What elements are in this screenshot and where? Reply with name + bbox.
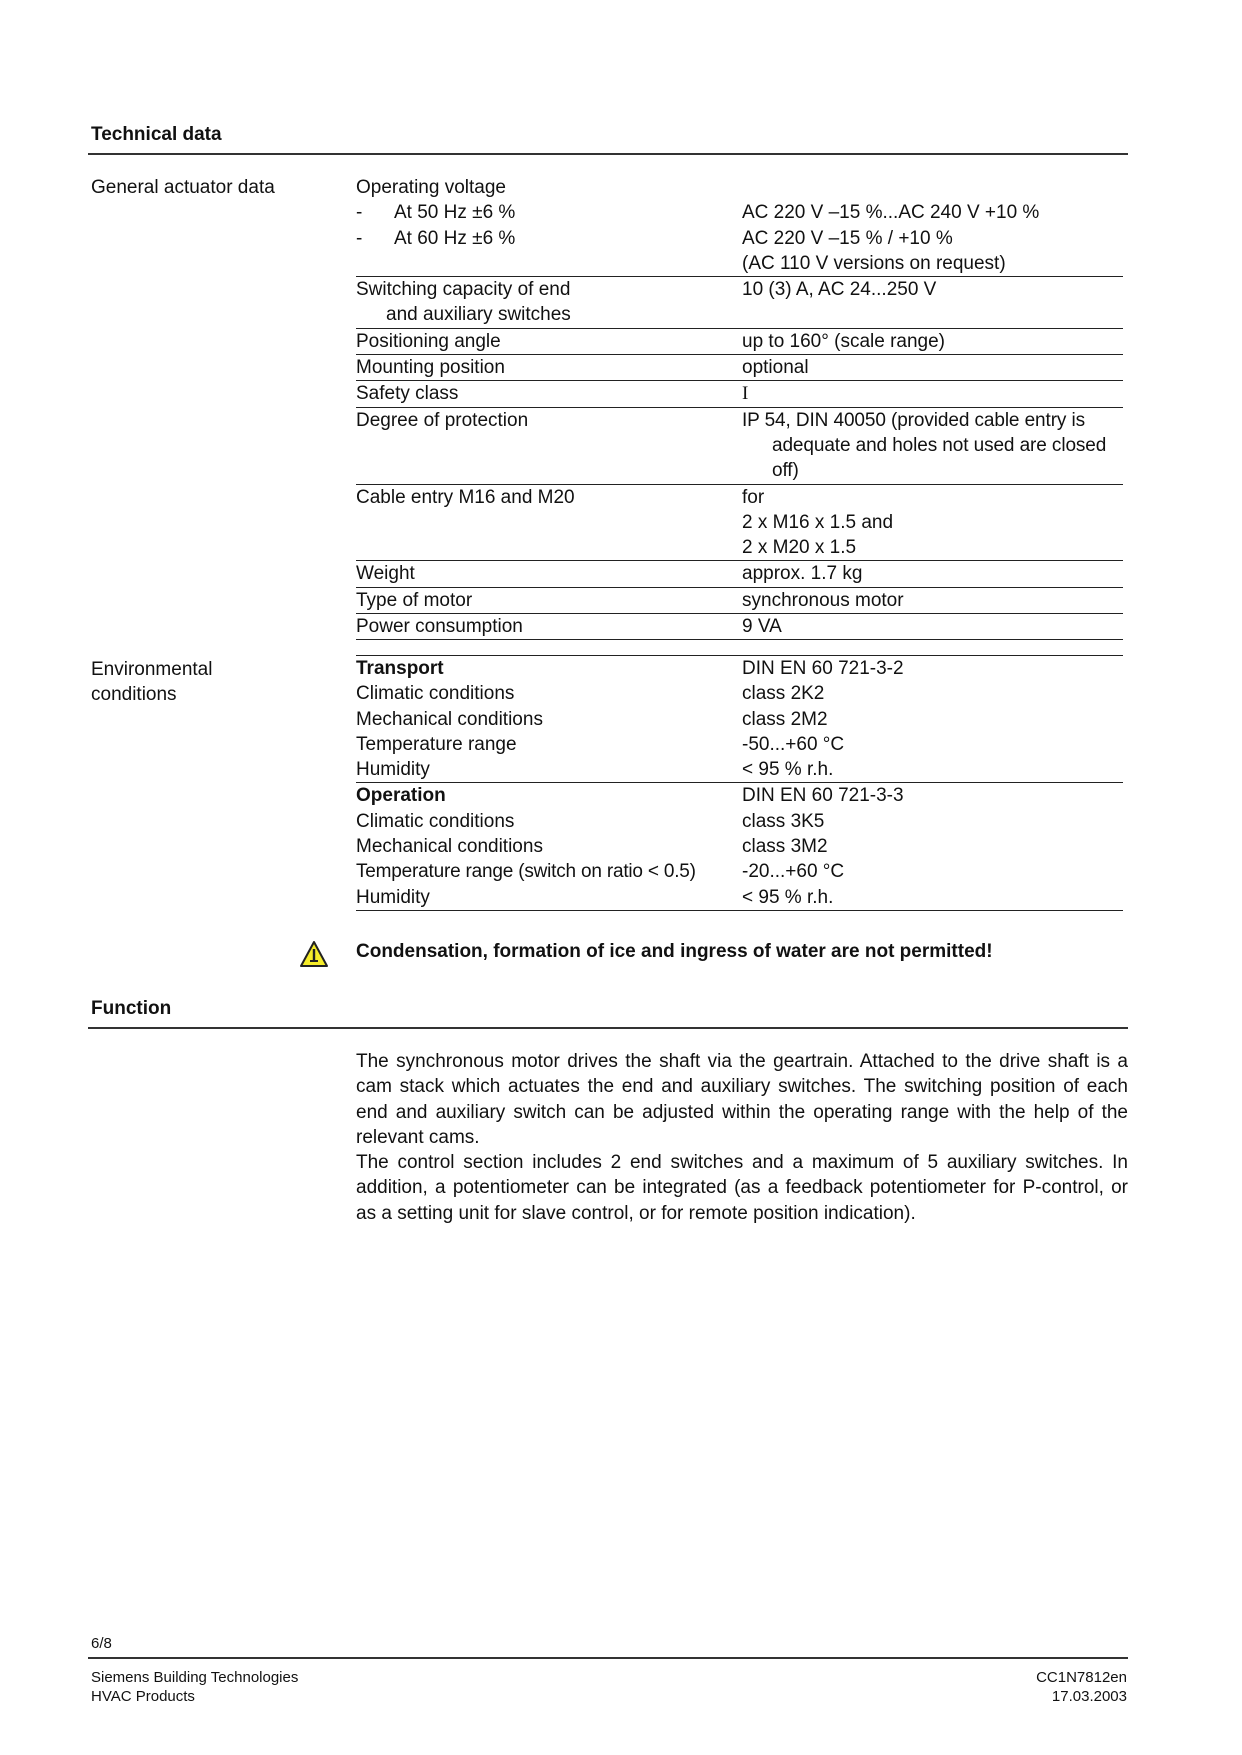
row-label: Safety class: [356, 381, 742, 406]
table-row: Humidity < 95 % r.h.: [356, 885, 1123, 911]
group-label-environmental: Environmental conditions: [91, 657, 212, 708]
operation-standard: DIN EN 60 721-3-3: [742, 783, 1123, 808]
transport-standard: DIN EN 60 721-3-2: [742, 656, 1123, 681]
warning-text: Condensation, formation of ice and ingre…: [356, 941, 993, 963]
row-label: Power consumption: [356, 614, 742, 639]
row-label: Operating voltage: [356, 175, 742, 200]
footer-rule: [88, 1657, 1128, 1659]
warning-triangle-icon: [299, 940, 329, 968]
transport-title: Transport: [356, 656, 742, 681]
section-heading-function: Function: [91, 998, 171, 1020]
table-row: Type of motor synchronous motor: [356, 588, 1123, 614]
table-row: Temperature range -50...+60 °C: [356, 732, 1123, 757]
general-data-table: Operating voltage -At 50 Hz ±6 % AC 220 …: [356, 175, 1123, 640]
row-label: Degree of protection: [356, 408, 742, 484]
row-label: Mounting position: [356, 355, 742, 380]
row-value: 10 (3) A, AC 24...250 V: [742, 277, 1123, 328]
row-value: AC 220 V –15 % / +10 %: [742, 226, 1123, 251]
row-label: Positioning angle: [356, 329, 742, 354]
row-label: Type of motor: [356, 588, 742, 613]
table-row: Mounting position optional: [356, 355, 1123, 381]
row-value: up to 160° (scale range): [742, 329, 1123, 354]
table-row: Degree of protection IP 54, DIN 40050 (p…: [356, 408, 1123, 485]
row-label: Cable entry M16 and M20: [356, 485, 742, 561]
row-value: I: [742, 381, 1123, 406]
row-value: synchronous motor: [742, 588, 1123, 613]
operation-title: Operation: [356, 783, 742, 808]
table-row: Mechanical conditions class 2M2: [356, 707, 1123, 732]
footer-division: HVAC Products: [91, 1687, 195, 1706]
table-row: (AC 110 V versions on request): [356, 251, 1123, 277]
environmental-table: Transport DIN EN 60 721-3-2 Climatic con…: [356, 655, 1123, 911]
function-paragraph: The synchronous motor drives the shaft v…: [356, 1049, 1128, 1150]
row-value: IP 54, DIN 40050 (provided cable entry i…: [742, 408, 1123, 484]
page-number: 6/8: [91, 1634, 112, 1653]
group-label-general: General actuator data: [91, 175, 275, 200]
table-row: Climatic conditions class 2K2: [356, 681, 1123, 706]
row-label: Weight: [356, 561, 742, 586]
section-rule: [88, 153, 1128, 155]
table-row: Transport DIN EN 60 721-3-2: [356, 655, 1123, 681]
table-row: Cable entry M16 and M20 for 2 x M16 x 1.…: [356, 485, 1123, 562]
row-label: -At 50 Hz ±6 %: [356, 200, 742, 225]
footer-doc-id: CC1N7812en: [1036, 1668, 1127, 1687]
bullet: -: [356, 200, 394, 225]
function-description: The synchronous motor drives the shaft v…: [356, 1049, 1128, 1226]
row-label: Switching capacity of end and auxiliary …: [356, 277, 742, 328]
row-value: 9 VA: [742, 614, 1123, 639]
table-row: Switching capacity of end and auxiliary …: [356, 277, 1123, 329]
section-heading-technical-data: Technical data: [91, 124, 222, 146]
function-paragraph: The control section includes 2 end switc…: [356, 1150, 1128, 1226]
table-row: -At 60 Hz ±6 % AC 220 V –15 % / +10 %: [356, 226, 1123, 251]
table-row: Positioning angle up to 160° (scale rang…: [356, 329, 1123, 355]
table-row: Operating voltage: [356, 175, 1123, 200]
bullet: -: [356, 226, 394, 251]
table-row: Temperature range (switch on ratio < 0.5…: [356, 859, 1123, 884]
table-row: Climatic conditions class 3K5: [356, 809, 1123, 834]
footer-company: Siemens Building Technologies: [91, 1668, 298, 1687]
row-value: approx. 1.7 kg: [742, 561, 1123, 586]
footer-date: 17.03.2003: [1052, 1687, 1127, 1706]
table-row: Mechanical conditions class 3M2: [356, 834, 1123, 859]
table-row: Humidity < 95 % r.h.: [356, 757, 1123, 783]
table-row: -At 50 Hz ±6 % AC 220 V –15 %...AC 240 V…: [356, 200, 1123, 225]
section-rule: [88, 1027, 1128, 1029]
table-row: Safety class I: [356, 381, 1123, 407]
row-value: AC 220 V –15 %...AC 240 V +10 %: [742, 200, 1123, 225]
table-row: Operation DIN EN 60 721-3-3: [356, 783, 1123, 808]
table-row: Weight approx. 1.7 kg: [356, 561, 1123, 587]
row-value: for 2 x M16 x 1.5 and 2 x M20 x 1.5: [742, 485, 1123, 561]
row-label: -At 60 Hz ±6 %: [356, 226, 742, 251]
row-value: optional: [742, 355, 1123, 380]
table-row: Power consumption 9 VA: [356, 614, 1123, 640]
row-value-note: (AC 110 V versions on request): [742, 251, 1123, 276]
